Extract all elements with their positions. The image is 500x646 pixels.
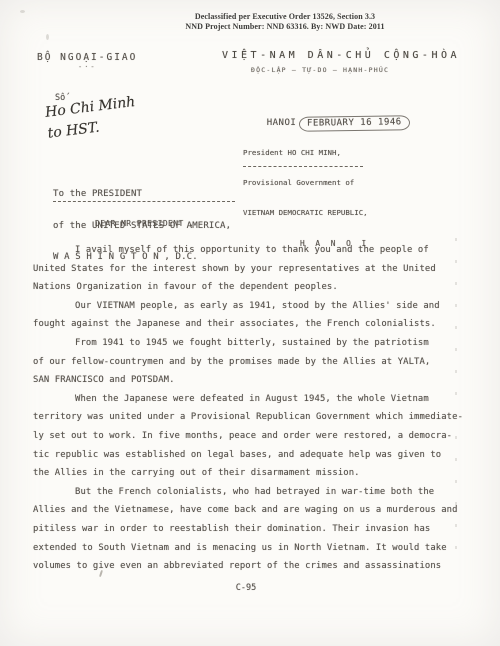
sender-line-1: President HO CHI MINH, — [243, 148, 369, 158]
dateline-city: HANOI — [267, 118, 297, 128]
letter-body-line: tic republic was established on legal ba… — [33, 446, 473, 465]
declassification-line-1: Declassified per Executive Order 13526, … — [60, 12, 500, 22]
scan-speck — [46, 34, 49, 40]
letter-body-line: territory was united under a Provisional… — [33, 408, 473, 427]
letter-body-line: SAN FRANCISCO and POTSDAM. — [33, 371, 473, 390]
letter-body-line: extended to South Vietnam and is menacin… — [33, 539, 473, 558]
declassification-notice: Declassified per Executive Order 13526, … — [60, 12, 500, 32]
page-number: C-95 — [0, 583, 492, 593]
letter-body-line: fought against the Japanese and their as… — [33, 315, 473, 334]
letter-body-line: From 1941 to 1945 we fought bitterly, su… — [33, 334, 473, 353]
recipient-line-1: To the PRESIDENT — [53, 189, 231, 200]
ministry-name: BỘ NGOẠI-GIAO — [37, 52, 137, 63]
letter-body-line: ly set out to work. In five months, peac… — [33, 427, 473, 446]
letter-body-line: of our fellow-countrymen and by the prom… — [33, 353, 473, 372]
letter-body-line: Our VIETNAM people, as early as 1941, st… — [33, 297, 473, 316]
salutation: DEAR MR PRESIDENT , — [95, 219, 194, 228]
letter-body-line: the Allies in the carrying out of their … — [33, 464, 473, 483]
scanned-letter-page: Declassified per Executive Order 13526, … — [0, 0, 500, 646]
sender-underline — [243, 166, 363, 167]
letter-body-line: Nations Organization in favour of the de… — [33, 278, 473, 297]
declassification-line-2: NND Project Number: NND 63316. By: NWD D… — [60, 22, 500, 32]
letter-body-line: Allies and the Vietnamese, have come bac… — [33, 501, 473, 520]
recipient-underline — [53, 201, 235, 202]
scan-speck — [20, 10, 25, 13]
letter-body: I avail myself of this opportunity to th… — [33, 241, 473, 576]
letter-body-line: When the Japanese were defeated in Augus… — [33, 390, 473, 409]
sender-line-3: VIETNAM DEMOCRATIC REPUBLIC, — [243, 208, 369, 218]
national-motto: ĐỘC-LẬP — TỰ-DO — HẠNH-PHÚC — [251, 66, 389, 74]
letter-body-line: pitiless war in order to reestablish the… — [33, 520, 473, 539]
letter-body-line: United States for the interest shown by … — [33, 260, 473, 279]
letter-body-line: I avail myself of this opportunity to th… — [33, 241, 473, 260]
sender-line-2: Provisional Government of — [243, 178, 369, 188]
ministry-rule: -·- — [78, 63, 97, 71]
letter-body-line: But the French colonialists, who had bet… — [33, 483, 473, 502]
scan-artifact-column — [455, 238, 457, 566]
republic-name: VIỆT-NAM DÂN-CHỦ CỘNG-HÒA — [222, 50, 460, 61]
